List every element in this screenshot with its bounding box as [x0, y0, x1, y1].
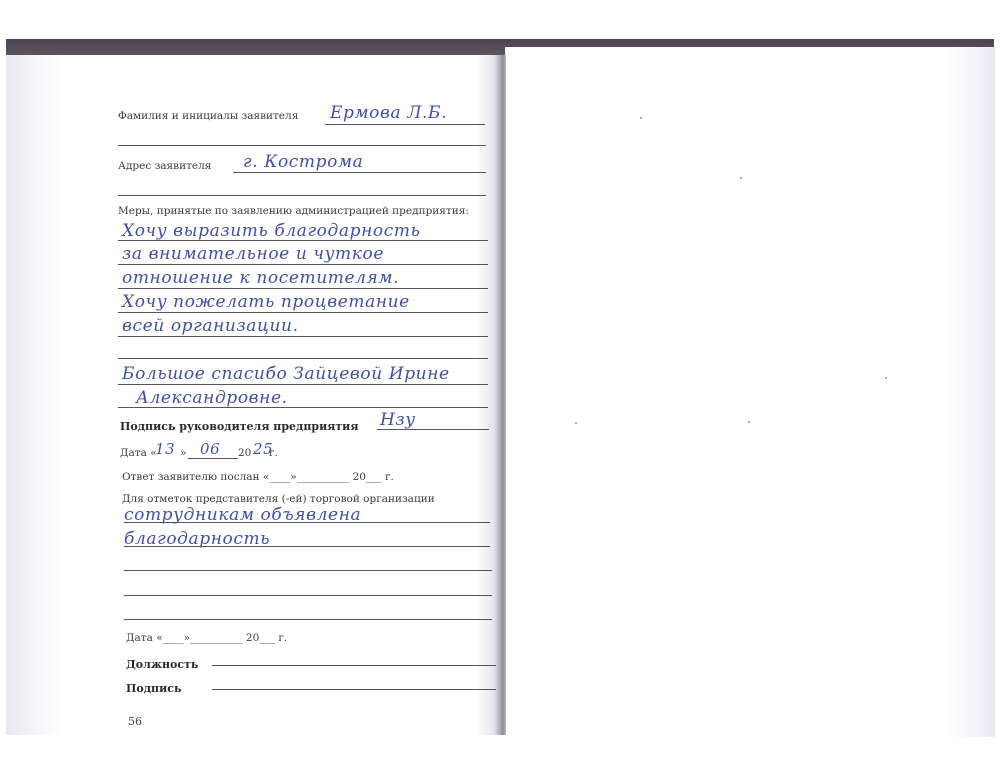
form-line: [124, 595, 492, 596]
applicant-address-label: Адрес заявителя: [118, 160, 211, 172]
applicant-name-value: Ермова Л.Б.: [330, 103, 447, 123]
applicant-address-line: [233, 172, 486, 173]
date-label: Дата «: [120, 447, 157, 459]
position-line: [212, 665, 496, 666]
applicant-address-value: г. Кострома: [243, 152, 363, 172]
reply-sent-label: Ответ заявителю послан «____»__________ …: [122, 471, 394, 483]
date-month: 06: [200, 440, 220, 458]
form-line: [118, 358, 488, 359]
scan-speck: [748, 421, 750, 423]
signature-line: [212, 689, 496, 690]
date-year-prefix: 20: [238, 447, 251, 459]
measures-line-5: всей организации.: [122, 316, 299, 336]
form-line: [118, 407, 488, 408]
measures-line-1: Хочу выразить благодарность: [122, 221, 420, 241]
manager-signature: Нзу: [380, 410, 416, 430]
form-line: [118, 240, 488, 241]
page-number: 56: [128, 715, 142, 728]
applicant-name-label: Фамилия и инициалы заявителя: [118, 110, 298, 122]
form-line: [124, 546, 490, 547]
measures-label: Меры, принятые по заявлению администраци…: [118, 205, 469, 217]
form-line: [118, 195, 486, 196]
date-separator: »: [180, 447, 186, 459]
form-line: [118, 145, 486, 146]
manager-signature-line: [377, 429, 489, 430]
form-line: [124, 522, 490, 523]
form-line: [124, 619, 492, 620]
measures-line-3: отношение к посетителям.: [122, 268, 399, 288]
scan-speck: [640, 117, 642, 119]
trade-rep-label: Для отметок представителя (-ей) торговой…: [122, 493, 435, 505]
applicant-name-line: [325, 124, 485, 125]
position-label: Должность: [126, 658, 198, 671]
manager-signature-label: Подпись руководителя предприятия: [120, 420, 358, 433]
form-line: [118, 264, 488, 265]
date-day: 13: [155, 440, 175, 458]
scan-speck: [575, 422, 577, 424]
measures-line-7: Большое спасибо Зайцевой Ирине: [122, 364, 450, 384]
measures-line-8: Александровне.: [136, 388, 288, 408]
right-page-blank: [505, 47, 995, 737]
form-line: [118, 336, 488, 337]
date-month-line: [188, 458, 238, 459]
signature-label: Подпись: [126, 682, 181, 695]
measures-line-2: за внимательное и чуткое: [122, 244, 384, 264]
form-line: [118, 384, 488, 385]
measures-line-4: Хочу пожелать процветание: [122, 292, 410, 312]
form-line: [118, 288, 488, 289]
scan-speck: [740, 177, 742, 179]
form-line: [118, 312, 488, 313]
date-year-unit: г.: [269, 447, 278, 459]
footer-date-label: Дата «____»__________ 20___ г.: [126, 632, 287, 644]
scan-speck: [885, 377, 887, 379]
form-line: [124, 570, 492, 571]
